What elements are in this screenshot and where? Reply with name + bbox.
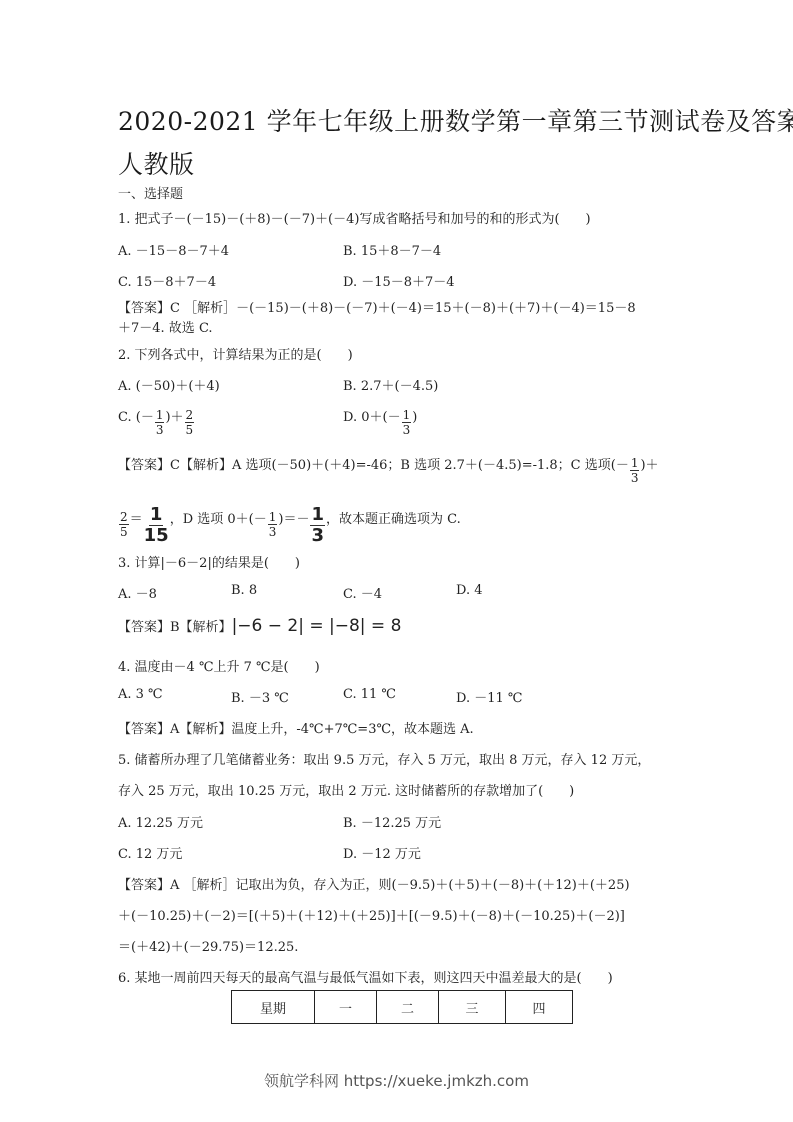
question-3-stem: 3. 计算|－6－2|的结果是( ) [118,552,300,571]
question-2-answer-line1: 【答案】C【解析】A 选项(－50)＋(＋4)=-46；B 选项 2.7＋(－4… [118,452,659,479]
fraction-one-third: 13 [155,409,165,436]
document-title-line2: 人教版 [118,145,195,181]
section-heading: 一、选择题 [118,183,183,202]
question-5-option-c: C. 12 万元 [118,843,182,862]
table-cell: 一 [315,991,377,1024]
question-4-option-b: B. －3 ℃ [231,687,289,706]
question-2-answer-line2: 25＝115，D 选项 0＋(－13)＝－13，故本题正确选项为 C. [118,500,461,539]
question-1-option-d: D. －15－8＋7－4 [343,271,455,290]
question-3-answer: 【答案】B【解析】|−6 − 2| = |−8| = 8 [118,616,401,636]
question-5-option-b: B. －12.25 万元 [343,812,441,831]
question-3-option-c: C. －4 [343,583,382,602]
question-3-option-a: A. －8 [118,583,157,602]
question-5-stem-line1: 5. 储蓄所办理了几笔储蓄业务：取出 9.5 万元，存入 5 万元，取出 8 万… [118,749,650,768]
question-6-stem: 6. 某地一周前四天每天的最高气温与最低气温如下表，则这四天中温差最大的是( ) [118,967,613,986]
question-1-option-c: C. 15－8＋7－4 [118,271,216,290]
question-2-option-a: A. (－50)＋(＋4) [118,375,220,394]
question-5-answer-line2: ＋(－10.25)＋(－2)＝[(＋5)＋(＋12)＋(＋25)]＋[(－9.5… [118,905,625,924]
question-4-answer: 【答案】A【解析】温度上升，-4℃+7℃=3℃，故本题选 A. [118,718,474,737]
fraction-two-fifths: 25 [119,511,129,538]
table-cell: 星期 [232,991,315,1024]
table-header-row: 星期 一 二 三 四 [232,991,573,1024]
question-2-option-b: B. 2.7＋(－4.5) [343,375,438,394]
fraction-two-fifths: 25 [185,409,195,436]
question-4-option-d: D. －11 ℃ [456,687,522,706]
fraction-one-fifteenth: 115 [144,506,169,545]
question-5-option-d: D. －12 万元 [343,843,421,862]
weekday-temperature-table: 星期 一 二 三 四 [231,990,573,1024]
question-5-answer-line1: 【答案】A ［解析］记取出为负，存入为正，则(－9.5)＋(＋5)＋(－8)＋(… [118,874,630,893]
question-4-option-c: C. 11 ℃ [343,687,396,702]
question-2-option-d: D. 0＋(－13) [343,404,417,431]
question-1-option-b: B. 15＋8－7－4 [343,240,441,259]
document-page: 2020-2021 学年七年级上册数学第一章第三节测试卷及答案 人教版 一、选择… [0,0,793,1122]
fraction-one-third: 13 [630,457,640,484]
table-cell: 三 [439,991,506,1024]
question-3-option-b: B. 8 [231,583,257,598]
question-2-stem: 2. 下列各式中，计算结果为正的是( ) [118,344,353,363]
question-1-answer-line1: 【答案】C ［解析］－(－15)－(＋8)－(－7)＋(－4)＝15＋(－8)＋… [118,297,636,316]
document-title-line1: 2020-2021 学年七年级上册数学第一章第三节测试卷及答案 [118,102,793,138]
table-cell: 二 [377,991,439,1024]
footer-watermark: 领航学科网 https://xueke.jmkzh.com [0,1070,793,1091]
question-4-option-a: A. 3 ℃ [118,687,163,702]
question-4-stem: 4. 温度由－4 ℃上升 7 ℃是( ) [118,656,320,675]
question-5-option-a: A. 12.25 万元 [118,812,203,831]
question-3-option-d: D. 4 [456,583,483,598]
question-1-option-a: A. －15－8－7＋4 [118,240,229,259]
table-cell: 四 [506,991,573,1024]
question-5-answer-line3: ＝(＋42)＋(－29.75)＝12.25. [118,936,298,955]
question-2-option-c: C. (－13)＋25 [118,404,195,431]
fraction-one-third-large: 13 [310,506,325,545]
question-1-stem: 1. 把式子－(－15)－(＋8)－(－7)＋(－4)写成省略括号和加号的和的形… [118,208,591,227]
question-1-answer-line2: ＋7－4. 故选 C. [118,317,213,336]
question-5-stem-line2: 存入 25 万元，取出 10.25 万元，取出 2 万元. 这时储蓄所的存款增加… [118,780,574,799]
fraction-one-third: 13 [402,409,412,436]
fraction-one-third: 13 [268,511,278,538]
